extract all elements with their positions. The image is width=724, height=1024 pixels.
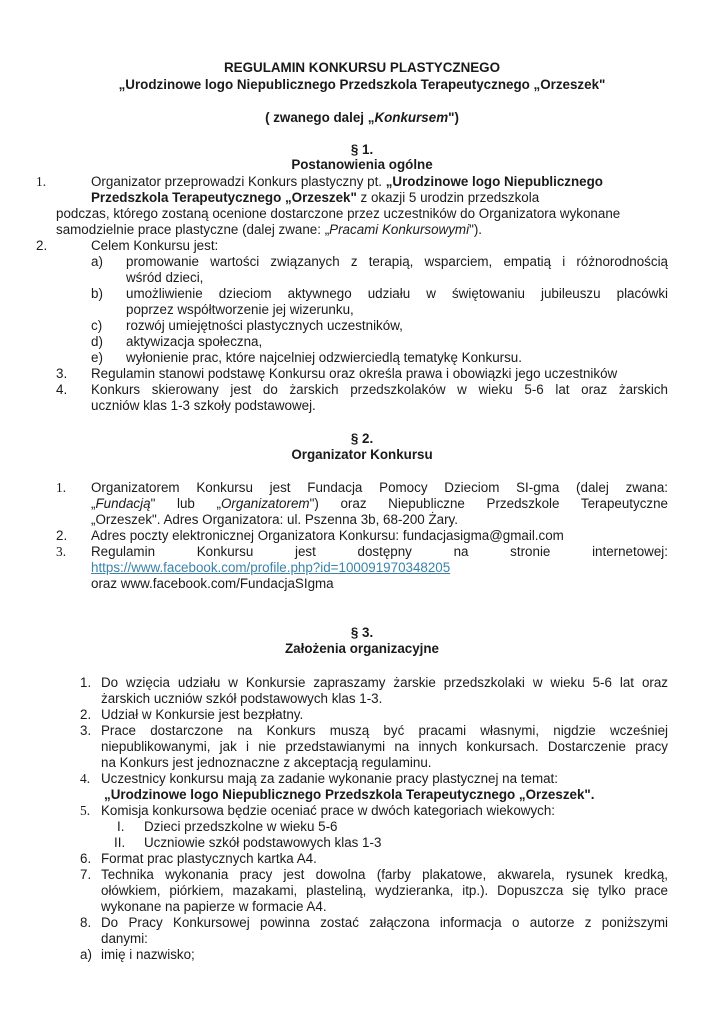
sublist-item: rozwój umiejętności plastycznych uczestn… — [126, 318, 403, 334]
document-alias: ( zwanego dalej „Konkursem") — [0, 110, 724, 126]
list-number: 1. — [36, 174, 46, 190]
category-item: Uczniowie szkół podstawowych klas 1-3 — [144, 835, 381, 851]
list-item: Regulamin stanowi podstawę Konkursu oraz… — [91, 366, 617, 382]
section-3-heading: Założenia organizacyjne — [0, 641, 724, 657]
sublist-item: promowanie wartości związanych z terapią… — [126, 254, 668, 270]
list-item: Do wzięcia udziału w Konkursie zapraszam… — [101, 675, 668, 691]
sublist-label: d) — [91, 334, 103, 350]
list-item-continuation: „Fundacją" lub „Organizatorem") oraz Nie… — [91, 496, 668, 512]
list-number: 3. — [56, 366, 67, 382]
sublist-item-continuation: poprzez współtworzenie jej wizerunku, — [126, 302, 354, 318]
list-number: 1. — [80, 675, 91, 691]
list-item: Udział w Konkursie jest bezpłatny. — [101, 707, 303, 723]
list-item-continuation: oraz www.facebook.com/FundacjaSIgma — [91, 576, 334, 592]
document-page: REGULAMIN KONKURSU PLASTYCZNEGO „Urodzin… — [0, 0, 724, 1024]
document-subtitle: „Urodzinowe logo Niepublicznego Przedszk… — [0, 77, 724, 93]
list-item-continuation: ołówkiem, piórkiem, mazakami, plasteliną… — [101, 883, 668, 899]
list-item-continuation: wykonane na papierze w formacie A4. — [101, 899, 327, 915]
list-item: Organizatorem Konkursu jest Fundacja Pom… — [91, 480, 668, 496]
list-item-continuation: uczniów klas 1-3 szkoły podstawowej. — [91, 398, 316, 414]
list-number: 6. — [80, 851, 91, 867]
list-item: Regulamin Konkursu jest dostępny na stro… — [91, 544, 668, 560]
paragraph-line: podczas, którego zostaną ocenione dostar… — [56, 206, 620, 222]
sublist-label: a) — [91, 254, 103, 270]
list-number: 8. — [80, 915, 91, 931]
list-item-continuation: na Konkurs jest jednoznaczne z akceptacj… — [101, 755, 432, 771]
list-item: Do Pracy Konkursowej powinna zostać załą… — [101, 915, 668, 931]
list-item: Organizator przeprowadzi Konkurs plastyc… — [91, 174, 603, 190]
list-number: 7. — [80, 867, 91, 883]
list-item-continuation: danymi: — [101, 931, 148, 947]
contest-theme: „Urodzinowe logo Niepublicznego Przedszk… — [104, 787, 594, 803]
sublist-item: umożliwienie dzieciom aktywnego udziału … — [126, 286, 668, 302]
list-number: 5. — [80, 803, 90, 819]
section-1-heading: Postanowienia ogólne — [0, 157, 724, 173]
sublist-label: c) — [91, 318, 102, 334]
section-2-heading: Organizator Konkursu — [0, 447, 724, 463]
list-number: 2. — [56, 528, 67, 544]
facebook-profile-link[interactable]: https://www.facebook.com/profile.php?id=… — [91, 560, 450, 576]
section-3-number: § 3. — [0, 625, 724, 641]
sublist-item: aktywizacja społeczna, — [126, 334, 262, 350]
list-item: Celem Konkursu jest: — [91, 238, 218, 254]
category-label: I. — [117, 819, 124, 835]
category-item: Dzieci przedszkolne w wieku 5-6 — [144, 819, 338, 835]
list-item: Technika wykonania pracy jest dowolna (f… — [101, 867, 668, 883]
sublist-item: imię i nazwisko; — [101, 947, 195, 963]
list-number: 2. — [36, 238, 47, 254]
category-label: II. — [114, 835, 125, 851]
section-1-number: § 1. — [0, 142, 724, 158]
list-number: 2. — [80, 707, 91, 723]
list-item-continuation: „Orzeszek". Adres Organizatora: ul. Psze… — [91, 512, 458, 528]
section-2-number: § 2. — [0, 431, 724, 447]
list-number: 1. — [56, 480, 66, 496]
paragraph-line: samodzielnie prace plastyczne (dalej zwa… — [56, 222, 482, 238]
list-item-continuation: Przedszkola Terapeutycznego „Orzeszek" z… — [91, 190, 539, 206]
sublist-label: e) — [91, 350, 103, 366]
document-title: REGULAMIN KONKURSU PLASTYCZNEGO — [0, 60, 724, 76]
list-item: Prace dostarczone na Konkurs muszą być p… — [101, 723, 668, 739]
list-item: Format prac plastycznych kartka A4. — [101, 851, 317, 867]
list-number: 3. — [80, 723, 91, 739]
list-number: 4. — [80, 771, 90, 787]
list-number: 3. — [56, 544, 66, 560]
list-item: Adres poczty elektronicznej Organizatora… — [91, 528, 564, 544]
sublist-label: a) — [80, 947, 92, 963]
sublist-item-continuation: wśród dzieci, — [126, 270, 203, 286]
list-item-continuation: żarskich uczniów szkół podstawowych klas… — [101, 691, 382, 707]
sublist-label: b) — [91, 286, 103, 302]
list-item-continuation: niepublikowanymi, jak i nie przedstawian… — [101, 739, 668, 755]
list-item: Konkurs skierowany jest do żarskich prze… — [91, 382, 668, 398]
list-number: 4. — [56, 382, 67, 398]
sublist-item: wyłonienie prac, które najcelniej odzwie… — [126, 350, 522, 366]
list-item: Uczestnicy konkursu mają za zadanie wyko… — [101, 771, 558, 787]
list-item: Komisja konkursowa będzie oceniać prace … — [101, 803, 555, 819]
